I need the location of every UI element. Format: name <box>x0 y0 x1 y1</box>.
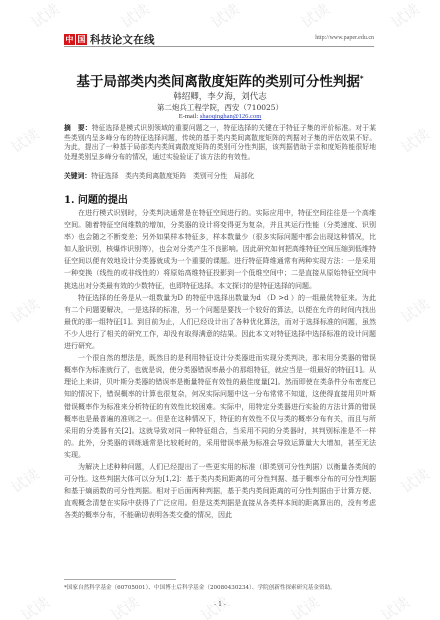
keywords-text: 特征选择 类内类间离散度矩阵 类别可分性 局部化 <box>91 172 254 180</box>
title-footnote-mark: * <box>360 75 364 83</box>
logo-box-guo: 国 <box>76 34 87 45</box>
abstract: 摘 要：特征选择是模式识别领域的重要问题之一，特征选择的关键在于特征子集的评价标… <box>64 124 376 162</box>
section-body: 在进行模式识别时，分类判决通常是在特征空间进行的。实际应用中，特征空间往往是一个… <box>64 207 376 521</box>
page-header: 中 国 科技论文在线 http://www.paper.edu.cn <box>64 30 374 50</box>
watermark-text: 试读 <box>397 293 434 327</box>
abstract-text: 特征选择是模式识别领域的重要问题之一，特征选择的关键在于特征子集的评价标准。对于… <box>64 124 376 161</box>
watermark-text: 试读 <box>7 123 44 157</box>
paragraph: 在进行模式识别时，分类判决通常是在特征空间进行的。实际应用中，特征空间往往是一个… <box>64 207 376 292</box>
paper-email: E-mail: shaoqinghan@126.com <box>0 113 440 120</box>
watermark-text: 试读 <box>297 0 334 33</box>
paper-affiliation: 第二炮兵工程学院，西安（710025） <box>0 102 440 113</box>
title-text: 基于局部类内类间离散度矩阵的类别可分性判据 <box>76 74 360 90</box>
abstract-label: 摘 要： <box>64 124 92 132</box>
watermark-text: 试读 <box>387 0 424 33</box>
email-label: E-mail: <box>179 113 200 120</box>
watermark-text: 试读 <box>397 463 434 497</box>
paragraph: 一个很自然的想法是，既然目的是利用特征设计分类器进而实现分类判决，那末用分类器的… <box>64 352 376 461</box>
watermark-text: 试读 <box>7 293 44 327</box>
watermark-text: 试读 <box>397 123 434 157</box>
logo-box-zhong: 中 <box>64 34 75 45</box>
footnote-divider <box>64 579 176 580</box>
watermark-text: 试读 <box>117 0 154 33</box>
watermark-text: 试读 <box>207 0 244 33</box>
email-link[interactable]: shaoqinghan@126.com <box>200 113 261 120</box>
watermark-text: 试读 <box>7 463 44 497</box>
paragraph: 为解决上述种种问题，人们已经提出了一些更实用的标准（即类别可分性判据）以衡量各类… <box>64 461 376 521</box>
footnote: *国家自然科学基金（60705001）、中国博士后科学基金（2008043023… <box>64 583 394 591</box>
paper-authors: 韩绍卿，李夕海，刘代志 <box>0 90 440 102</box>
watermark-text: 试读 <box>27 0 64 33</box>
paper-title: 基于局部类内类间离散度矩阵的类别可分性判据* <box>0 70 440 90</box>
site-url[interactable]: http://www.paper.edu.cn <box>315 35 374 41</box>
section-heading: 1. 问题的提出 <box>64 191 128 206</box>
keywords: 关键词：特征选择 类内类间离散度矩阵 类别可分性 局部化 <box>64 170 376 180</box>
keywords-label: 关键词： <box>64 172 91 180</box>
page-number: - 1 - <box>0 601 440 608</box>
header-divider <box>64 46 374 47</box>
site-logo[interactable]: 中 国 科技论文在线 <box>64 32 155 47</box>
paragraph: 特征选择的任务是从一组数量为D 的特征中选择出数量为d （D >d ）的一组最优… <box>64 292 376 352</box>
paper-page: 中 国 科技论文在线 http://www.paper.edu.cn 基于局部类… <box>0 0 440 620</box>
logo-text: 科技论文在线 <box>90 32 155 47</box>
